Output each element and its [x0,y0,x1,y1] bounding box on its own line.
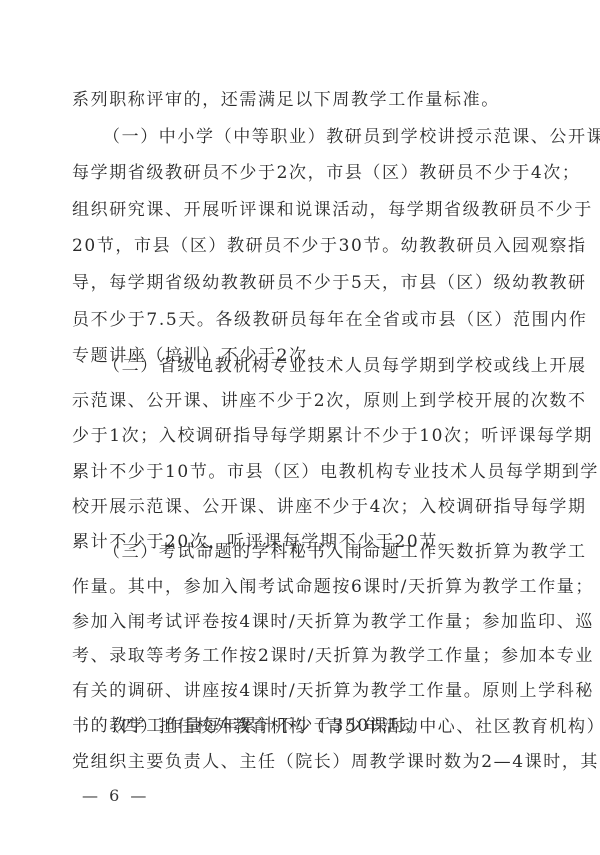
text-line: （三）考试命题的学科秘书入闱命题工作天数折算为教学工 [103,541,528,563]
text-line: （二）省级电教机构专业技术人员每学期到学校或线上开展 [103,355,528,377]
text-line: 作量。其中，参加入闱考试命题按6课时/天折算为教学工作量； [72,576,528,598]
text-line: 每学期省级教研员不少于2次，市县（区）教研员不少于4次； [72,162,528,184]
text-line: 累计不少于10节。市县（区）电教机构专业技术人员每学期到学 [72,461,528,483]
text-line: 20节，市县（区）教研员不少于30节。幼教教研员入园观察指 [72,235,528,257]
text-line: 示范课、公开课、讲座不少于2次，原则上到学校开展的次数不 [72,390,528,412]
text-line: 组织研究课、开展听评课和说课活动，每学期省级教研员不少于 [72,199,528,221]
text-line: 员不少于7.5天。各级教研员每年在全省或市县（区）范围内作 [72,309,528,331]
document-page: 系列职称评审的，还需满足以下周教学工作量标准。 （一）中小学（中等职业）教研员到… [0,0,600,855]
text-line: 考、录取等考务工作按2课时/天折算为教学工作量；参加本专业 [72,645,528,667]
text-line: （一）中小学（中等职业）教研员到学校讲授示范课、公开课， [103,126,528,148]
page-number: — 6 — [82,786,149,805]
text-line: 有关的调研、讲座按4课时/天折算为教学工作量。原则上学科秘 [72,680,528,702]
text-line: 导，每学期省级幼教教研员不少于5天，市县（区）级幼教教研 [72,272,528,294]
text-line: （四）担任校外教育机构（青少年活动中心、社区教育机构） [103,716,528,738]
text-line: 少于1次；入校调研指导每学期累计不少于10次；听评课每学期 [72,425,528,447]
text-line: 系列职称评审的，还需满足以下周教学工作量标准。 [72,89,528,111]
text-line: 参加入闱考试评卷按4课时/天折算为教学工作量；参加监印、巡 [72,611,528,633]
text-line: 校开展示范课、公开课、讲座不少于4次；入校调研指导每学期 [72,496,528,518]
text-line: 党组织主要负责人、主任（院长）周教学课时数为2—4课时，其 [72,751,528,773]
